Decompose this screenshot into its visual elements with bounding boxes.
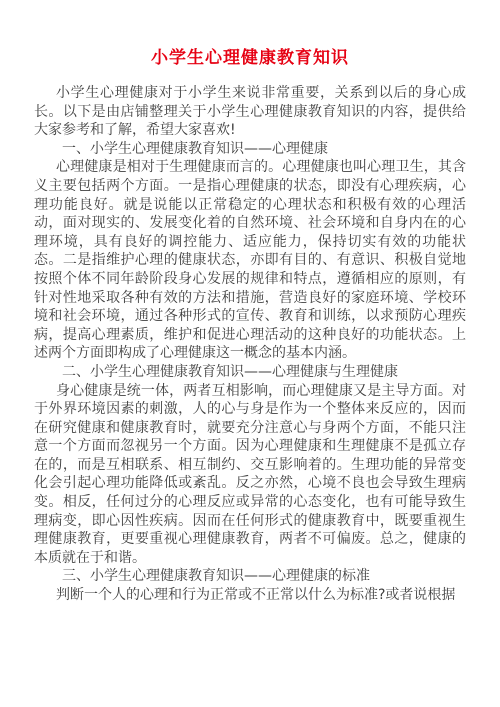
section-heading: 三、小学生心理健康教育知识——心理健康的标准	[34, 567, 466, 586]
sections-container: 一、小学生心理健康教育知识——心理健康 心理健康是相对于生理健康而言的。心理健康…	[34, 140, 466, 605]
intro-paragraph: 小学生心理健康对于小学生来说非常重要，关系到以后的身心成长。以下是由店铺整理关于…	[34, 84, 466, 140]
document-page: 小学生心理健康教育知识 小学生心理健康对于小学生来说非常重要，关系到以后的身心成…	[0, 0, 500, 707]
section-heading: 一、小学生心理健康教育知识——心理健康	[34, 140, 466, 159]
section-heading: 二、小学生心理健康教育知识——心理健康与生理健康	[34, 363, 466, 382]
section-paragraph: 判断一个人的心理和行为正常或不正常以什么为标准?或者说根据	[34, 586, 466, 605]
section-paragraph: 心理健康是相对于生理健康而言的。心理健康也叫心理卫生，其含义主要包括两个方面。一…	[34, 158, 466, 363]
section-paragraph: 身心健康是统一体，两者互相影响，而心理健康又是主导方面。对于外界环境因素的刺激，…	[34, 382, 466, 568]
page-title: 小学生心理健康教育知识	[34, 46, 466, 70]
